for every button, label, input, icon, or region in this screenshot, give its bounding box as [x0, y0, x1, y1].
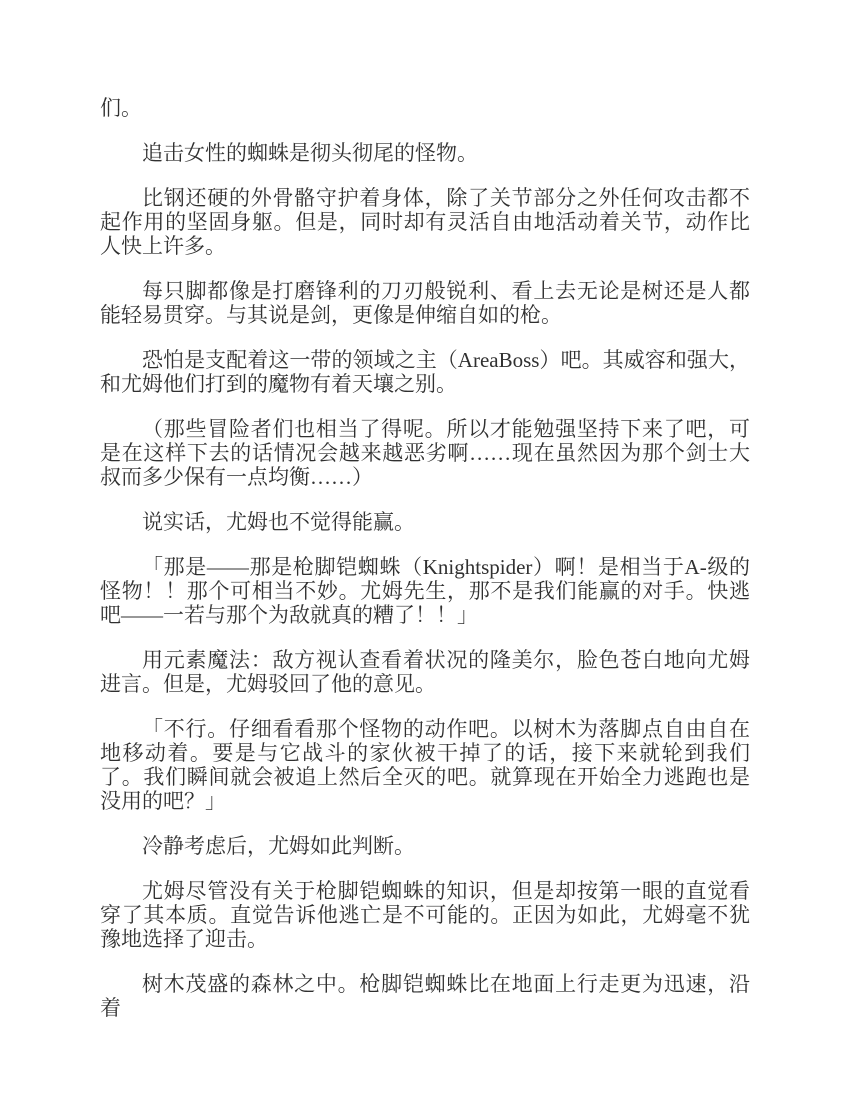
paragraph: 冷静考虑后，尤姆如此判断。: [100, 834, 750, 858]
paragraph: 追击女性的蜘蛛是彻头彻尾的怪物。: [100, 141, 750, 165]
novel-page: 们。 追击女性的蜘蛛是彻头彻尾的怪物。 比钢还硬的外骨骼守护着身体，除了关节部分…: [0, 0, 850, 1100]
paragraph: 「不行。仔细看看那个怪物的动作吧。以树木为落脚点自由自在地移动着。要是与它战斗的…: [100, 717, 750, 813]
paragraph: 尤姆尽管没有关于枪脚铠蜘蛛的知识，但是却按第一眼的直觉看穿了其本质。直觉告诉他逃…: [100, 879, 750, 951]
paragraph: 恐怕是支配着这一带的领域之主（AreaBoss）吧。其威容和强大，和尤姆他们打到…: [100, 348, 750, 396]
paragraph: 树木茂盛的森林之中。枪脚铠蜘蛛比在地面上行走更为迅速，沿着: [100, 972, 750, 1020]
paragraph: 「那是——那是枪脚铠蜘蛛（Knightspider）啊！是相当于A-级的怪物！！…: [100, 555, 750, 627]
paragraph: 每只脚都像是打磨锋利的刀刃般锐利、看上去无论是树还是人都能轻易贯穿。与其说是剑，…: [100, 279, 750, 327]
novel-text-block: 们。 追击女性的蜘蛛是彻头彻尾的怪物。 比钢还硬的外骨骼守护着身体，除了关节部分…: [100, 96, 750, 1020]
paragraph: 们。: [100, 96, 750, 120]
paragraph: 用元素魔法：敌方视认查看着状况的隆美尔，脸色苍白地向尤姆进言。但是，尤姆驳回了他…: [100, 648, 750, 696]
paragraph: 比钢还硬的外骨骼守护着身体，除了关节部分之外任何攻击都不起作用的坚固身躯。但是，…: [100, 186, 750, 258]
paragraph: （那些冒险者们也相当了得呢。所以才能勉强坚持下来了吧，可是在这样下去的话情况会越…: [100, 417, 750, 489]
paragraph: 说实话，尤姆也不觉得能赢。: [100, 510, 750, 534]
